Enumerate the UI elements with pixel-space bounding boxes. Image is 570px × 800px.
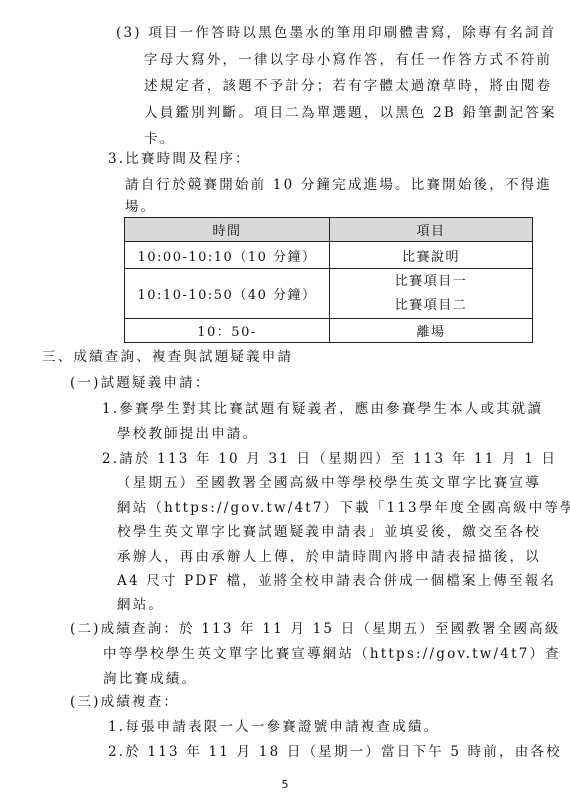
sub3-title: (三)成績複查： <box>70 693 179 711</box>
table-cell-time: 10：50- <box>125 319 330 343</box>
section3-body-line-1: 請自行於競賽開始前 10 分鐘完成進場。比賽開始後，不得進 <box>125 176 552 194</box>
sub1-item2-line-3: 網站（https://gov.tw/4t7）下載「113學年度全國高級中等學 <box>117 499 570 517</box>
sub1-item2-line-6: A4 尺寸 PDF 檔，並將全校申請表合併成一個檔案上傳至報名 <box>117 572 556 590</box>
sub1-item2-line-2: （星期五）至國教署全國高級中等學校學生英文單字比賽宣導 <box>117 474 541 492</box>
sub2-line-1: (二)成績查詢：於 113 年 11 月 15 日（星期五）至國教署全國高級 <box>70 620 561 638</box>
schedule-table: 時間 項目 10:00-10:10（10 分鐘） 比賽說明 10:10-10:5… <box>124 217 533 343</box>
sub3-item1: 1.每張申請表限一人一參賽證號申請複查成績。 <box>108 718 439 736</box>
item3-line-4: 人員鑑別判斷。項目二為單選題，以黑色 2B 鉛筆劃記答案 <box>144 104 557 122</box>
table-cell-item: 離場 <box>330 319 533 343</box>
item3-line-3: 述規定者，該題不予計分；若有字體太過潦草時，將由閱卷 <box>144 77 552 95</box>
item3-line-1: (3) 項目一作答時以黑色墨水的筆用印刷體書寫，除專有名詞首 <box>116 24 556 42</box>
sub3-item2: 2.於 113 年 11 月 18 日（星期一）當日下午 5 時前，由各校 <box>108 743 562 761</box>
table-row: 10:10-10:50（40 分鐘） 比賽項目一 比賽項目二 <box>125 269 533 319</box>
table-row: 10：50- 離場 <box>125 319 533 343</box>
chapter3-title: 三、成績查詢、複查與試題疑義申請 <box>42 348 293 366</box>
table-header-row: 時間 項目 <box>125 218 533 242</box>
table-cell-item-line: 比賽項目一 <box>330 270 532 294</box>
table-row: 10:00-10:10（10 分鐘） 比賽說明 <box>125 242 533 269</box>
table-header-item: 項目 <box>330 218 533 242</box>
table-cell-time: 10:10-10:50（40 分鐘） <box>125 269 330 319</box>
table-cell-item: 比賽說明 <box>330 242 533 269</box>
sub1-item2-line-4: 校學生英文單字比賽試題疑義申請表」並填妥後，繳交至各校 <box>117 523 541 541</box>
page-number: 5 <box>0 778 570 791</box>
sub2-line-2: 中等學校學生英文單字比賽宣導網站（https://gov.tw/4t7）查 <box>103 645 561 663</box>
sub2-line-3: 詢比賽成績。 <box>103 670 197 688</box>
sub1-title: (一)試題疑義申請： <box>70 374 211 392</box>
sub1-item1-line-2: 學校教師提出申請。 <box>117 425 258 443</box>
table-cell-item: 比賽項目一 比賽項目二 <box>330 269 533 319</box>
sub1-item2-line-7: 網站。 <box>117 596 164 614</box>
sub1-item2-line-5: 承辦人，再由承辦人上傳，於申請時間內將申請表掃描後，以 <box>117 548 541 566</box>
item3-line-2: 字母大寫外，一律以字母小寫作答，有任一作答方式不符前 <box>144 51 552 69</box>
item3-line-5: 卡。 <box>144 130 175 148</box>
section3-heading: 3.比賽時間及程序： <box>108 150 251 168</box>
sub1-item1-line-1: 1.參賽學生對其比賽試題有疑義者，應由參賽學生本人或其就讀 <box>102 400 543 418</box>
table-cell-time: 10:00-10:10（10 分鐘） <box>125 242 330 269</box>
section3-body-line-2: 場。 <box>125 198 156 216</box>
sub1-item2-line-1: 2.請於 113 年 10 月 31 日（星期四）至 113 年 11 月 1 … <box>102 450 557 468</box>
table-cell-item-line: 比賽項目二 <box>330 294 532 318</box>
table-header-time: 時間 <box>125 218 330 242</box>
